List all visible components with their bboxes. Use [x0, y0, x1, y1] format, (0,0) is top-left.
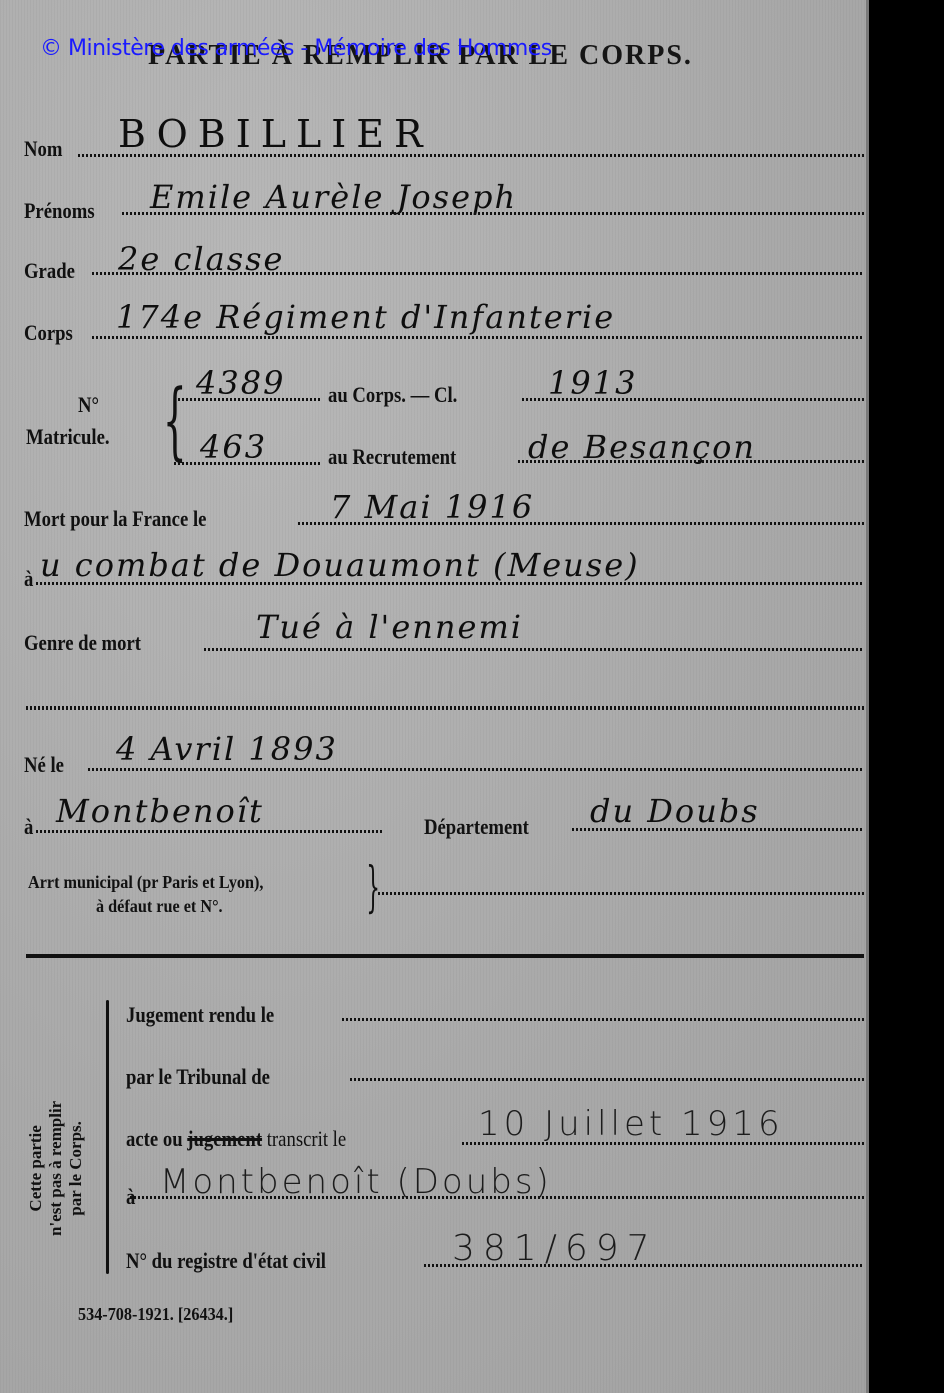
ne-le-line: [88, 768, 864, 771]
registre-value: 381/697: [452, 1228, 658, 1269]
side-note-line2: n'est pas à remplir: [46, 1101, 66, 1236]
arrondissement-label-line2: à défaut rue et N°.: [96, 896, 223, 917]
mort-lieu-line: [36, 582, 864, 585]
grade-label: Grade: [24, 258, 75, 284]
mort-lieu-value: u combat de Douaumont (Meuse): [40, 546, 640, 584]
prenoms-label: Prénoms: [24, 198, 95, 224]
arrondissement-line: [378, 892, 864, 895]
tribunal-line: [350, 1078, 864, 1081]
registre-line: [424, 1264, 864, 1267]
jugement-rendu-label: Jugement rendu le: [126, 1002, 274, 1028]
section-divider: [26, 954, 864, 958]
side-note-line1: Cette partie: [26, 1101, 46, 1236]
classe-line: [522, 398, 864, 401]
ne-lieu-label: à: [24, 814, 33, 840]
arrondissement-label-line1: Arrt municipal (pr Paris et Lyon),: [28, 872, 263, 893]
recrutement-number-line: [174, 462, 322, 465]
ne-le-label: Né le: [24, 752, 64, 778]
lieu-transcription-line: [130, 1196, 864, 1199]
side-note-line3: par le Corps.: [66, 1101, 86, 1236]
ne-le-value: 4 Avril 1893: [116, 730, 338, 768]
transcrit-value: 10 Juillet 1916: [478, 1104, 784, 1144]
genre-mort-line: [204, 648, 864, 651]
departement-value: du Doubs: [590, 792, 760, 830]
departement-label: Département: [424, 814, 529, 840]
matricule-corps-number: 4389: [196, 364, 285, 402]
nom-line: [78, 154, 864, 157]
prenoms-line: [122, 212, 864, 215]
matricule-corps-line: [174, 398, 322, 401]
registre-label: N° du registre d'état civil: [126, 1248, 326, 1274]
ne-lieu-value: Montbenoît: [56, 792, 264, 830]
departement-line: [572, 828, 864, 831]
transcrit-acte: acte ou: [126, 1126, 183, 1151]
prenoms-value: Emile Aurèle Joseph: [150, 178, 517, 216]
copyright-watermark: © Ministère des armées - Mémoire des Hom…: [40, 36, 552, 61]
mort-date-line: [298, 522, 864, 525]
tribunal-label: par le Tribunal de: [126, 1064, 270, 1090]
genre-mort-value: Tué à l'ennemi: [256, 608, 523, 646]
classe-value: 1913: [548, 364, 637, 402]
ne-lieu-line: [36, 830, 382, 833]
mort-date-label: Mort pour la France le: [24, 506, 206, 532]
nom-label: Nom: [24, 136, 62, 162]
transcrit-line: [462, 1142, 864, 1145]
genre-mort-label: Genre de mort: [24, 630, 141, 656]
corps-line: [92, 336, 864, 339]
mort-lieu-label: à: [24, 566, 33, 592]
side-note: Cette partie n'est pas à remplir par le …: [26, 1101, 86, 1236]
transcrit-label: acte ou jugement transcrit le: [126, 1126, 346, 1152]
jugement-rendu-line: [342, 1018, 864, 1021]
mort-date-value: 7 Mai 1916: [330, 488, 534, 526]
blank-line: [26, 706, 864, 710]
arrondissement-brace: {: [366, 864, 380, 918]
corps-label: Corps: [24, 320, 73, 346]
grade-line: [92, 272, 864, 275]
recrutement-number: 463: [200, 428, 267, 466]
corps-value: 174e Régiment d'Infanterie: [116, 298, 615, 336]
transcrit-struck: jugement: [187, 1126, 262, 1151]
matricule-brace: {: [163, 378, 187, 462]
recrutement-lieu-line: [518, 460, 864, 463]
jugement-brace: [106, 1000, 109, 1274]
au-corps-label: au Corps. — Cl.: [328, 382, 457, 408]
au-recrutement-label: au Recrutement: [328, 444, 456, 470]
card-edge: [866, 0, 869, 1393]
matricule-label: Matricule.: [26, 424, 110, 450]
transcrit-rest: transcrit le: [267, 1126, 346, 1151]
nom-value: BOBILLIER: [118, 112, 433, 156]
matricule-no-label: N°: [78, 392, 99, 418]
print-reference: 534-708-1921. [26434.]: [78, 1304, 233, 1325]
